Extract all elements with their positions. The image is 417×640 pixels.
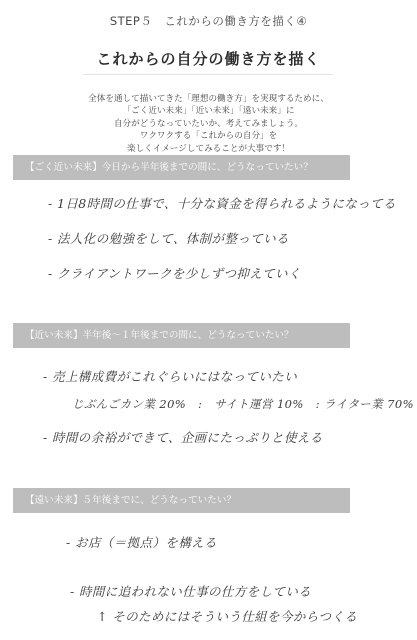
handwritten-entry: - クライアントワークを少しずつ抑えていく [48,264,301,282]
handwritten-entry: - お店（＝拠点）を構える [66,533,217,551]
step-title: STEP５ これからの働き方を描く④ [0,13,417,29]
handwritten-entry: - 1日8時間の仕事で、十分な資金を得られるようになってる [48,194,396,212]
intro-line: 自分がどうなっていたいか、考えてみましょう。 [0,118,417,130]
intro-line: 楽しくイメージしてみることが大事です！ [0,143,417,155]
handwritten-entry: - 法人化の勉強をして、体制が整っている [48,229,289,247]
section-heading-very-near-future: 【ごく近い未来】今日から半年後までの間に、どうなっていたい？ [13,155,350,180]
intro-text: 全体を通して描いてきた「理想の働き方」を実現するために、 「ごく近い未来」「近い… [0,93,417,155]
handwritten-entry: ↑ そのためにはそういう仕組を今からつくる [97,607,357,625]
intro-line: 全体を通して描いてきた「理想の働き方」を実現するために、 [0,93,417,105]
section-heading-near-future: 【近い未来】半年後～１年後までの間に、どうなっていたい？ [13,323,350,348]
intro-line: ワクワクする「これからの自分」を [0,130,417,142]
section-heading-distant-future: 【遠い未来】５年後までに、どうなっていたい？ [13,488,350,513]
page-title: これからの自分の働き方を描く [0,48,417,69]
handwritten-entry: じぶんごカン業 20% : サイト運営 10% : ライター業 70% [72,396,414,412]
handwritten-entry: - 時間の余裕ができて、企画にたっぷりと使える [43,428,323,446]
title-divider [83,74,333,75]
handwritten-entry: - 時間に追われない仕事の仕方をしている [70,582,311,600]
handwritten-entry: - 売上構成費がこれぐらいにはなっていたい [43,367,297,385]
intro-line: 「ごく近い未来」「近い未来」「遠い未来」に [0,105,417,117]
